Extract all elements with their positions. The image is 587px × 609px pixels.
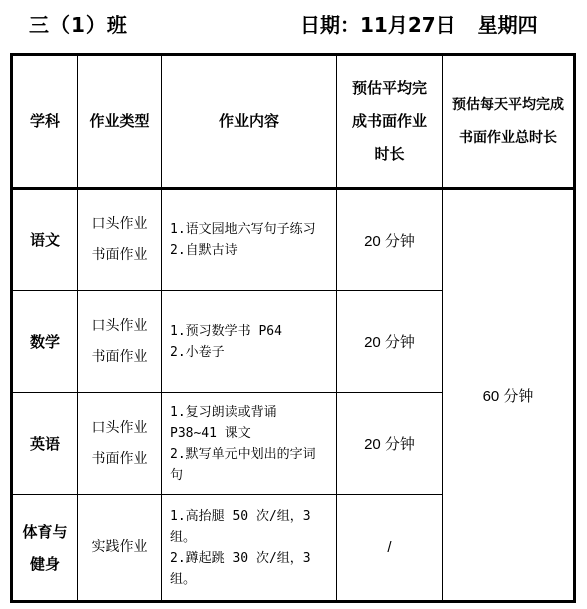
subject-cell: 英语 (12, 393, 78, 495)
duration-cell: 20 分钟 (337, 189, 443, 291)
header-content: 作业内容 (162, 55, 337, 189)
header-avg-duration: 预估平均完 成书面作业 时长 (337, 55, 443, 189)
content-cell: 1.预习数学书 P64 2.小卷子 (162, 291, 337, 393)
header-total-duration: 预估每天平均完成 书面作业总时长 (443, 55, 575, 189)
type-cell: 口头作业 书面作业 (78, 189, 162, 291)
date-label: 日期：11月27日 (300, 13, 456, 37)
duration-cell: 20 分钟 (337, 393, 443, 495)
date-heading: 日期：11月27日星期四 (300, 9, 538, 38)
subject-cell: 数学 (12, 291, 78, 393)
table-row: 语文 口头作业 书面作业 1.语文园地六写句子练习 2.自默古诗 20 分钟 6… (12, 189, 575, 291)
subject-cell: 语文 (12, 189, 78, 291)
table-header-row: 学科 作业类型 作业内容 预估平均完 成书面作业 时长 预估每天平均完成 书面作… (12, 55, 575, 189)
weekday-label: 星期四 (478, 13, 538, 37)
homework-table: 学科 作业类型 作业内容 预估平均完 成书面作业 时长 预估每天平均完成 书面作… (10, 53, 576, 603)
duration-cell: 20 分钟 (337, 291, 443, 393)
content-cell: 1.高抬腿 50 次/组，3 组。 2.蹲起跳 30 次/组，3 组。 (162, 495, 337, 602)
header-type: 作业类型 (78, 55, 162, 189)
duration-cell: / (337, 495, 443, 602)
class-title: 三（1）班 (29, 9, 128, 38)
type-cell: 口头作业 书面作业 (78, 291, 162, 393)
content-cell: 1.复习朗读或背诵 P38~41 课文 2.默写单元中划出的字词句 (162, 393, 337, 495)
type-cell: 口头作业 书面作业 (78, 393, 162, 495)
total-duration-cell: 60 分钟 (443, 189, 575, 602)
type-cell: 实践作业 (78, 495, 162, 602)
subject-cell: 体育与 健身 (12, 495, 78, 602)
header-subject: 学科 (12, 55, 78, 189)
content-cell: 1.语文园地六写句子练习 2.自默古诗 (162, 189, 337, 291)
